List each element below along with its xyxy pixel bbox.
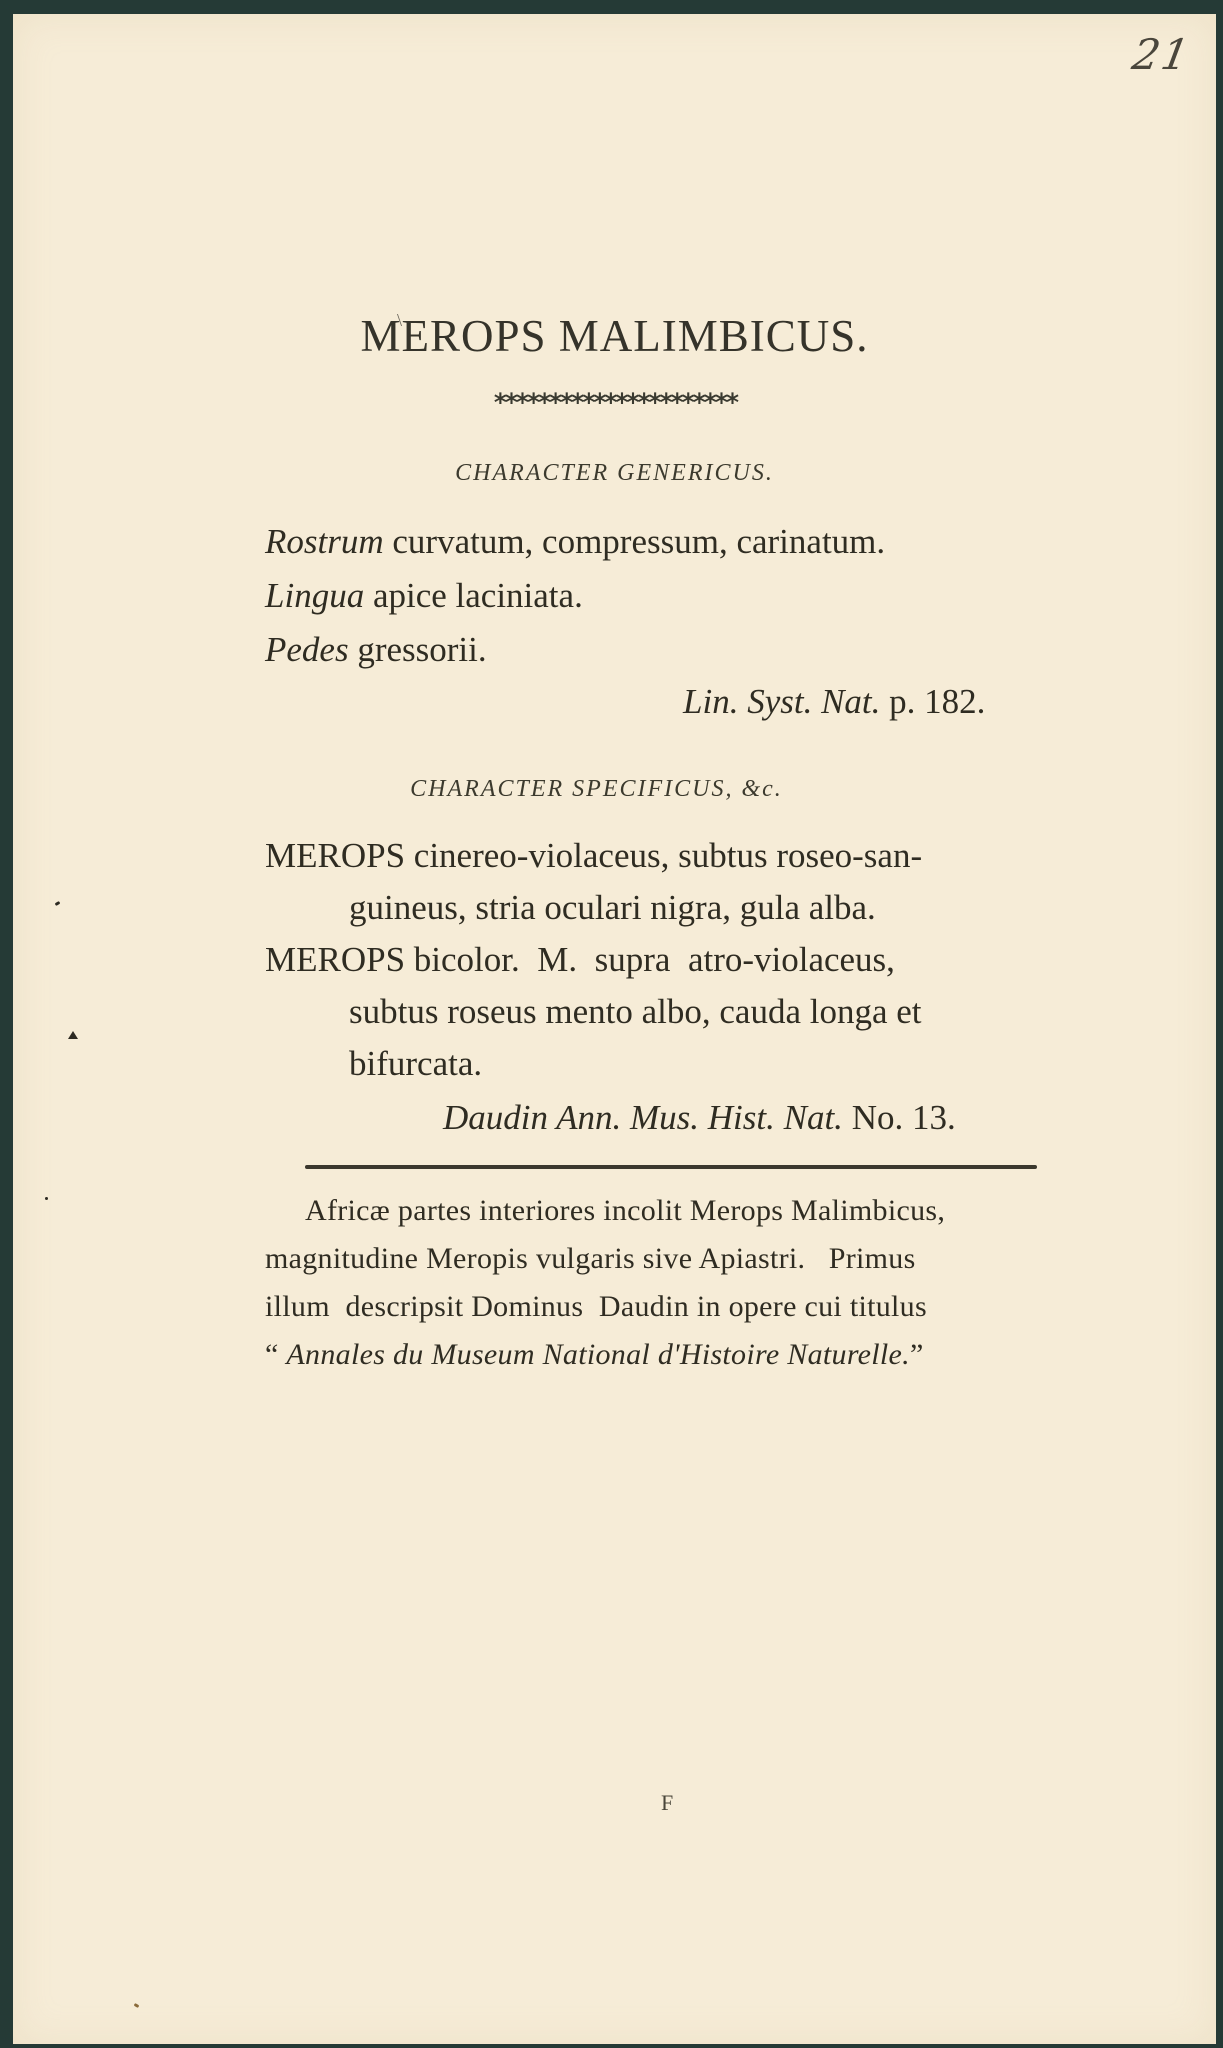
signature-mark: F [661, 1790, 673, 1816]
specific-line-3: MEROPS bicolor. M. supra atro-violaceus, [265, 940, 895, 980]
term-italic: Rostrum [265, 522, 384, 561]
paper-speck [45, 1197, 48, 1200]
term-text: curvatum, compressum, carinatum. [384, 522, 886, 561]
specific-line-5: bifurcata. [349, 1044, 482, 1084]
asterisk-ornament: ********************** [13, 388, 1216, 417]
open-quote: “ [265, 1338, 286, 1371]
description-line-2: magnitudine Meropis vulgaris sive Apiast… [265, 1242, 916, 1276]
generic-character-heading: CHARACTER GENERICUS. [13, 460, 1216, 487]
paper-speck [68, 1031, 78, 1039]
document-page: 21 \ MEROPS MALIMBICUS. ****************… [13, 14, 1216, 2044]
specific-line-2: guineus, stria oculari nigra, gula alba. [349, 888, 876, 928]
reference-italic: Lin. Syst. Nat. [683, 682, 880, 721]
reference-text: p. 182. [880, 682, 985, 721]
close-quote: ” [910, 1338, 924, 1371]
specific-line-4: subtus roseus mento albo, cauda longa et [349, 992, 922, 1032]
linnaeus-reference: Lin. Syst. Nat. p. 182. [683, 682, 985, 722]
horizontal-rule [305, 1165, 1037, 1169]
foxing-spot [134, 2003, 140, 2008]
handwritten-page-number: 21 [1129, 30, 1195, 79]
generic-line-lingua: Lingua apice laciniata. [265, 576, 583, 616]
paper-speck [55, 901, 61, 906]
description-line-3: illum descripsit Dominus Daudin in opere… [265, 1290, 927, 1324]
specific-character-heading: CHARACTER SPECIFICUS, &c. [0, 776, 1198, 803]
work-title-italic: Annales du Museum National d'Histoire Na… [286, 1338, 910, 1371]
term-italic: Lingua [265, 576, 364, 615]
reference-text: No. 13. [843, 1098, 956, 1137]
generic-line-pedes: Pedes gressorii. [265, 630, 487, 670]
term-text: gressorii. [349, 630, 487, 669]
description-line-4: “ Annales du Museum National d'Histoire … [265, 1338, 924, 1372]
term-text: apice laciniata. [364, 576, 583, 615]
generic-line-rostrum: Rostrum curvatum, compressum, carinatum. [265, 522, 885, 562]
page-title: MEROPS MALIMBICUS. [13, 310, 1216, 362]
daudin-reference: Daudin Ann. Mus. Hist. Nat. No. 13. [443, 1098, 956, 1138]
specific-line-1: MEROPS cinereo-violaceus, subtus roseo-s… [265, 836, 922, 876]
description-line-1: Africæ partes interiores incolit Merops … [305, 1194, 945, 1228]
term-italic: Pedes [265, 630, 349, 669]
reference-italic: Daudin Ann. Mus. Hist. Nat. [443, 1098, 843, 1137]
